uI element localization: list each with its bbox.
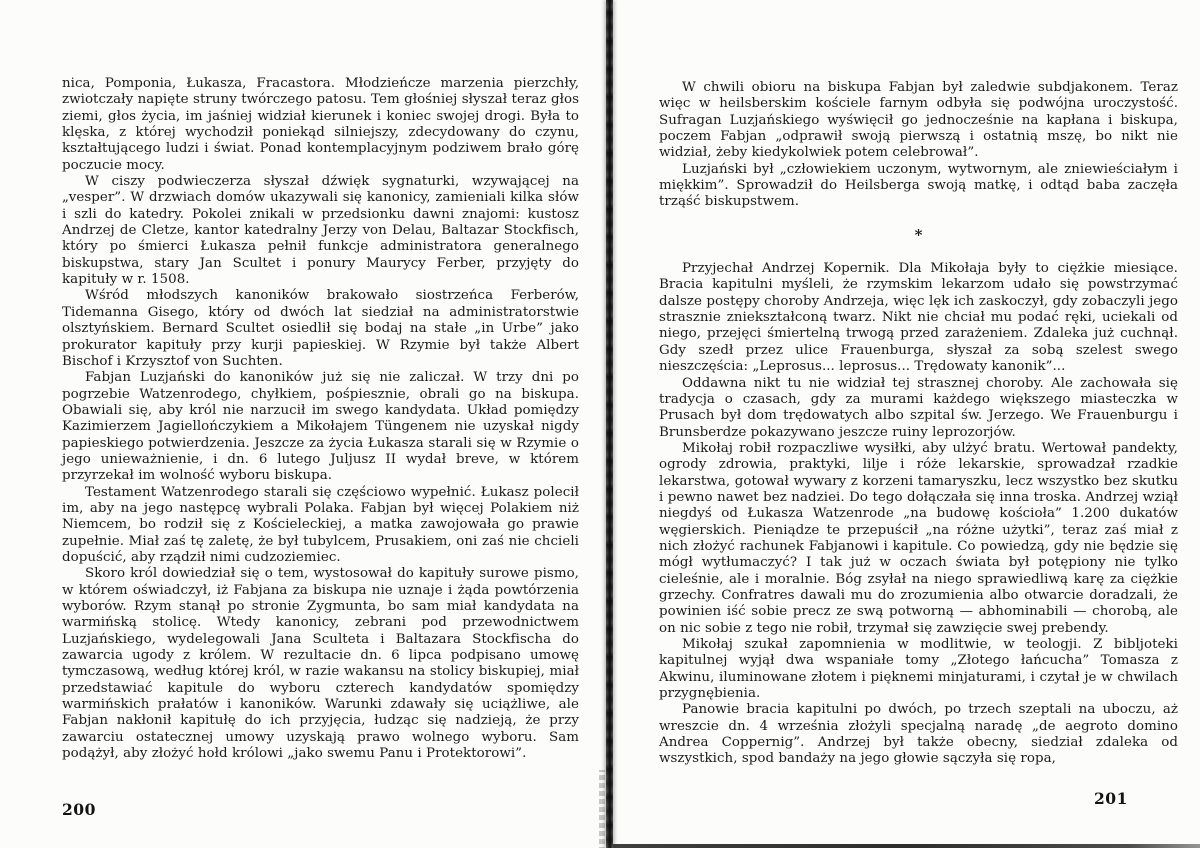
page-gutter-shadow <box>606 0 613 848</box>
left-page: nica, Pomponia, Łukasza, Fracastora. Mło… <box>62 76 579 816</box>
paragraph: Mikołaj szukał zapomnienia w modlitwie, … <box>659 637 1178 702</box>
scan-noise-artifact <box>599 770 605 848</box>
page-number-left: 200 <box>62 800 96 819</box>
scan-edge-artifact <box>613 844 1200 848</box>
paragraph: Przyjechał Andrzej Kopernik. Dla Mikołaj… <box>659 261 1178 375</box>
book-spread: nica, Pomponia, Łukasza, Fracastora. Mło… <box>0 0 1200 848</box>
paragraph: Mikołaj robił rozpaczliwe wysiłki, aby u… <box>659 441 1178 637</box>
right-page: W chwili obioru na biskupa Fabjan był za… <box>659 80 1178 820</box>
page-number-right: 201 <box>1094 789 1128 808</box>
paragraph: nica, Pomponia, Łukasza, Fracastora. Mło… <box>62 76 579 174</box>
paragraph: W ciszy podwieczerza słyszał dźwięk sygn… <box>62 174 579 288</box>
paragraph: W chwili obioru na biskupa Fabjan był za… <box>659 80 1178 162</box>
section-separator-asterisk: * <box>659 227 1178 243</box>
paragraph: Testament Watzenrodego starali się częśc… <box>62 485 579 567</box>
paragraph: Skoro król dowiedział się o tem, wystoso… <box>62 566 579 762</box>
paragraph: Wśród młodszych kanoników brakowało sios… <box>62 288 579 370</box>
paragraph: Luzjański był „człowiekiem uczonym, wytw… <box>659 162 1178 211</box>
paragraph: Panowie bracia kapitulni po dwóch, po tr… <box>659 702 1178 767</box>
paragraph: Fabjan Luzjański do kanoników już się ni… <box>62 370 579 484</box>
paragraph: Oddawna nikt tu nie widział tej straszne… <box>659 376 1178 441</box>
